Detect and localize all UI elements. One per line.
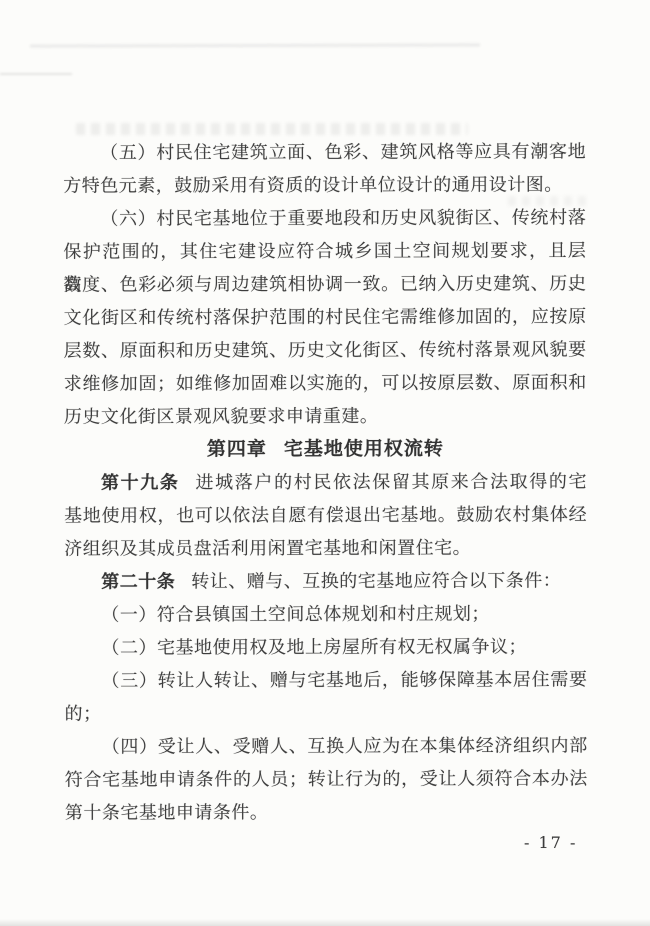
text-line: （四）受让人、受赠人、互换人应为在本集体经济组织内部 — [65, 729, 588, 763]
text-line: 济组织及其成员盘活利用闲置宅基地和闲置住宅。 — [64, 531, 587, 565]
page-number: - 17 - — [524, 833, 577, 852]
article-number: 第十九条 — [101, 472, 180, 492]
text-line: 第十条宅基地申请条件。 — [65, 795, 588, 829]
scan-artifact-streak — [0, 73, 72, 75]
text-line: （二）宅基地使用权及地上房屋所有权无权属争议； — [64, 630, 587, 664]
scan-edge-shadow — [0, 919, 650, 926]
chapter-title: 宅基地使用权流转 — [284, 439, 444, 460]
chapter-number: 第四章 — [207, 439, 267, 460]
scan-artifact-streak — [30, 43, 480, 47]
text-line: 方特色元素，鼓励采用有资质的设计单位设计的通用设计图。 — [63, 168, 586, 202]
text-line: 基地使用权，也可以依法自愿有偿退出宅基地。鼓励农村集体经 — [64, 498, 587, 532]
article-number: 第二十条 — [101, 571, 175, 591]
text-line: 文化街区和传统村落保护范围的村民住宅需维修加固的，应按原 — [64, 300, 587, 334]
document-body: （五）村民住宅建筑立面、色彩、建筑风格等应具有潮客地 方特色元素，鼓励采用有资质… — [63, 135, 588, 829]
text-line: （三）转让人转让、赠与宅基地后，能够保障基本居住需要 — [64, 663, 587, 697]
scanned-document-page: （五）村民住宅建筑立面、色彩、建筑风格等应具有潮客地 方特色元素，鼓励采用有资质… — [0, 0, 650, 926]
text-line: 的； — [65, 696, 588, 730]
chapter-heading: 第四章宅基地使用权流转 — [64, 432, 587, 466]
bleed-through-ghost-text — [76, 123, 468, 135]
text-line: 高度、色彩必须与周边建筑相协调一致。已纳入历史建筑、历史 — [63, 267, 586, 301]
text-line: 第十九条进城落户的村民依法保留其原来合法取得的宅 — [64, 465, 587, 499]
text-line: 第二十条转让、赠与、互换的宅基地应符合以下条件： — [64, 564, 587, 598]
text-line: 层数、原面积和历史建筑、历史文化街区、传统村落景观风貌要 — [64, 333, 587, 367]
text-line: 保护范围的，其住宅建设应符合城乡国土空间规划要求，且层数、 — [63, 234, 586, 268]
text-line: （六）村民宅基地位于重要地段和历史风貌街区、传统村落 — [63, 201, 586, 235]
text-line: 历史文化街区景观风貌要求申请重建。 — [64, 399, 587, 433]
text-line: （五）村民住宅建筑立面、色彩、建筑风格等应具有潮客地 — [63, 135, 586, 169]
text-line: 求维修加固；如维修加固难以实施的，可以按原层数、原面积和 — [64, 366, 587, 400]
text-line: 符合宅基地申请条件的人员；转让行为的，受让人须符合本办法 — [65, 762, 588, 796]
text-line: （一）符合县镇国土空间总体规划和村庄规划； — [64, 597, 587, 631]
